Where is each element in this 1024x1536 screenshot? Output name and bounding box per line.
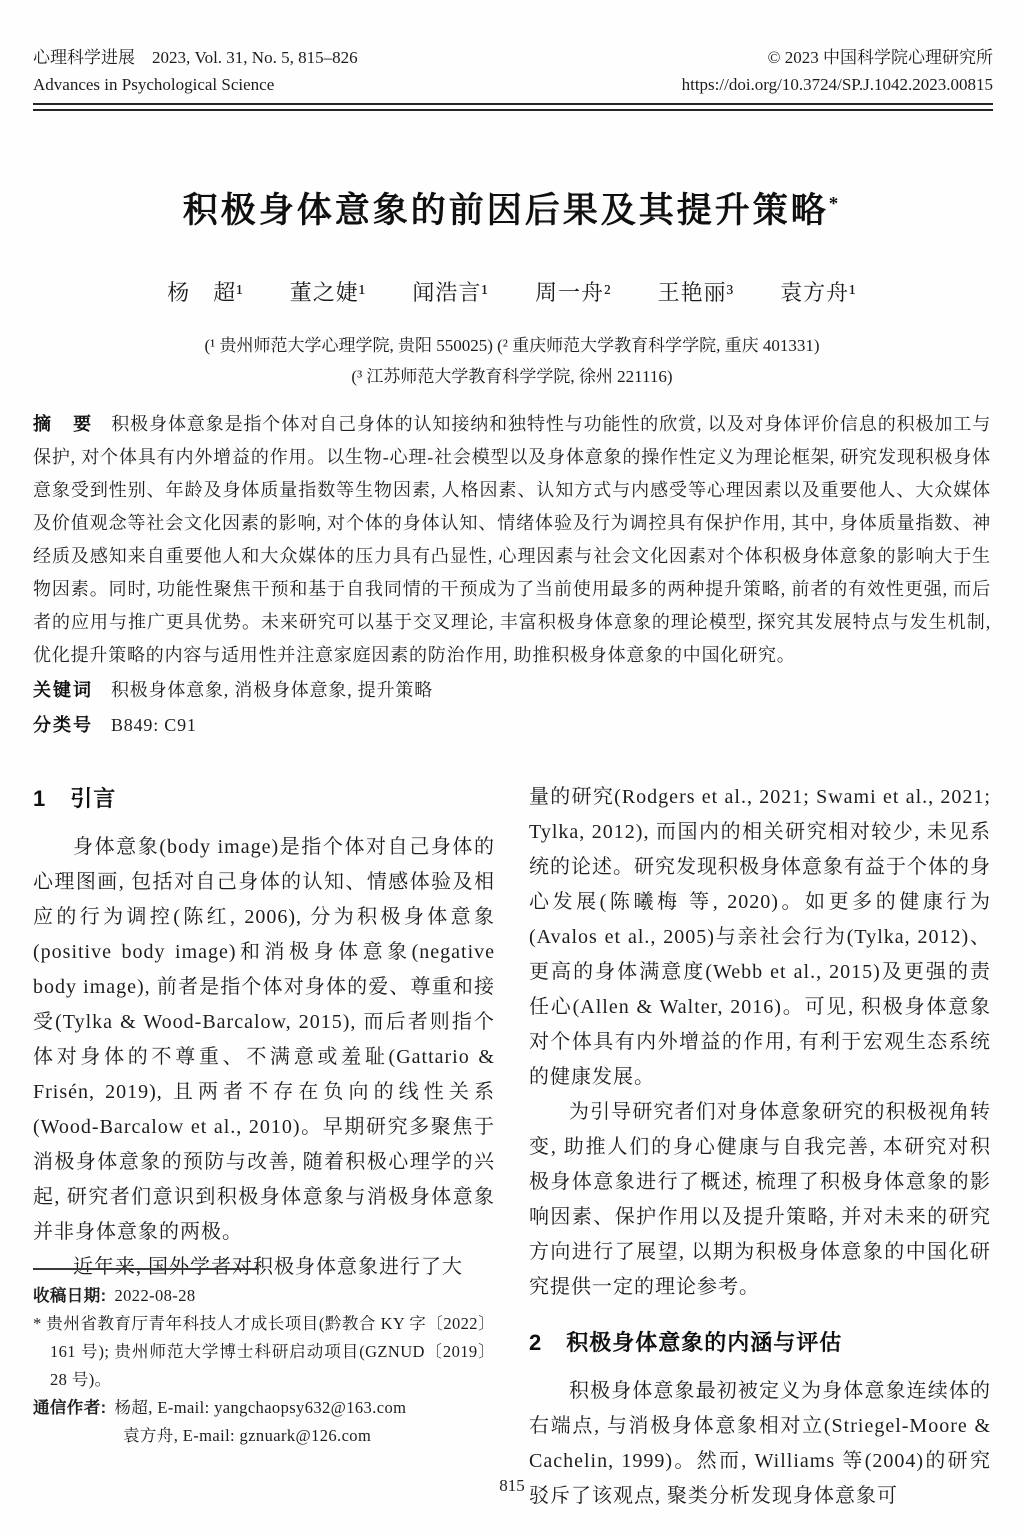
article-title: 积极身体意象的前因后果及其提升策略* [0,183,1024,233]
keywords-line: 关键词积极身体意象, 消极身体意象, 提升策略 [33,673,991,707]
journal-header: 心理科学进展 2023, Vol. 31, No. 5, 815–826 © 2… [33,44,993,98]
footnote-divider [33,1268,259,1270]
received-date-line: 收稿日期:2022-08-28 [33,1282,495,1310]
affiliation-line-1: (¹ 贵州师范大学心理学院, 贵阳 550025) (² 重庆师范大学教育科学学… [0,330,1024,361]
journal-header-row-1: 心理科学进展 2023, Vol. 31, No. 5, 815–826 © 2… [33,44,993,71]
section-2-title: 积极身体意象的内涵与评估 [566,1330,842,1355]
journal-header-row-2: Advances in Psychological Science https:… [33,71,993,98]
journal-name-cn: 心理科学进展 2023, Vol. 31, No. 5, 815–826 [33,44,358,71]
corresponding-author-label: 通信作者: [33,1399,107,1417]
section-1-number: 1 [33,786,46,811]
right-column: 量的研究(Rodgers et al., 2021; Swami et al.,… [529,780,991,1514]
classification-label: 分类号 [33,715,93,735]
classification-line: 分类号B849: C91 [33,708,991,742]
affiliations: (¹ 贵州师范大学心理学院, 贵阳 550025) (² 重庆师范大学教育科学学… [0,330,1024,392]
keywords-text: 积极身体意象, 消极身体意象, 提升策略 [111,680,433,700]
corresponding-author-line-1: 通信作者:杨超, E-mail: yangchaopsy632@163.com [33,1394,495,1422]
received-date-value: 2022-08-28 [115,1286,196,1305]
funding-note: * 贵州省教育厅青年科技人才成长项目(黔教合 KY 字〔2022〕161 号);… [33,1310,495,1394]
copyright-notice: © 2023 中国科学院心理研究所 [768,44,993,71]
section-2-heading: 2积极身体意象的内涵与评估 [529,1326,991,1357]
section-1-title: 引言 [70,786,116,811]
intro-paragraph-3: 为引导研究者们对身体意象研究的积极视角转变, 助推人们的身心健康与自我完善, 本… [529,1095,991,1305]
abstract-text: 积极身体意象是指个体对自己身体的认知接纳和独特性与功能性的欣赏, 以及对身体评价… [33,414,991,665]
abstract-label: 摘 要 [33,414,93,434]
corresponding-author-line-2[interactable]: 袁方舟, E-mail: gznuark@126.com [33,1422,495,1450]
section-1-heading: 1引言 [33,782,495,813]
abstract: 摘 要积极身体意象是指个体对自己身体的认知接纳和独特性与功能性的欣赏, 以及对身… [33,408,991,672]
title-footnote-mark: * [829,193,842,214]
author-list: 杨 超¹ 董之婕¹ 闻浩言¹ 周一舟² 王艳丽³ 袁方舟¹ [0,276,1024,307]
received-date-label: 收稿日期: [33,1287,107,1305]
section-2-number: 2 [529,1330,542,1355]
footnote-block: 收稿日期:2022-08-28 * 贵州省教育厅青年科技人才成长项目(黔教合 K… [33,1268,495,1450]
affiliation-line-2: (³ 江苏师范大学教育科学学院, 徐州 221116) [0,361,1024,392]
corresponding-author-1-email[interactable]: 杨超, E-mail: yangchaopsy632@163.com [115,1398,407,1417]
page-number: 815 [0,1476,1024,1496]
left-column: 1引言 身体意象(body image)是指个体对自己身体的心理图画, 包括对自… [33,780,495,1285]
front-matter: 摘 要积极身体意象是指个体对自己身体的认知接纳和独特性与功能性的欣赏, 以及对身… [33,408,991,742]
doi-link[interactable]: https://doi.org/10.3724/SP.J.1042.2023.0… [682,71,993,98]
header-divider [33,103,993,111]
journal-name-en: Advances in Psychological Science [33,71,274,98]
intro-paragraph-2-right: 量的研究(Rodgers et al., 2021; Swami et al.,… [529,780,991,1095]
classification-text: B849: C91 [111,715,197,735]
article-title-text: 积极身体意象的前因后果及其提升策略 [183,191,829,230]
intro-paragraph-1: 身体意象(body image)是指个体对自己身体的心理图画, 包括对自己身体的… [33,830,495,1250]
paper-page: 心理科学进展 2023, Vol. 31, No. 5, 815–826 © 2… [0,0,1024,1536]
keywords-label: 关键词 [33,680,93,700]
